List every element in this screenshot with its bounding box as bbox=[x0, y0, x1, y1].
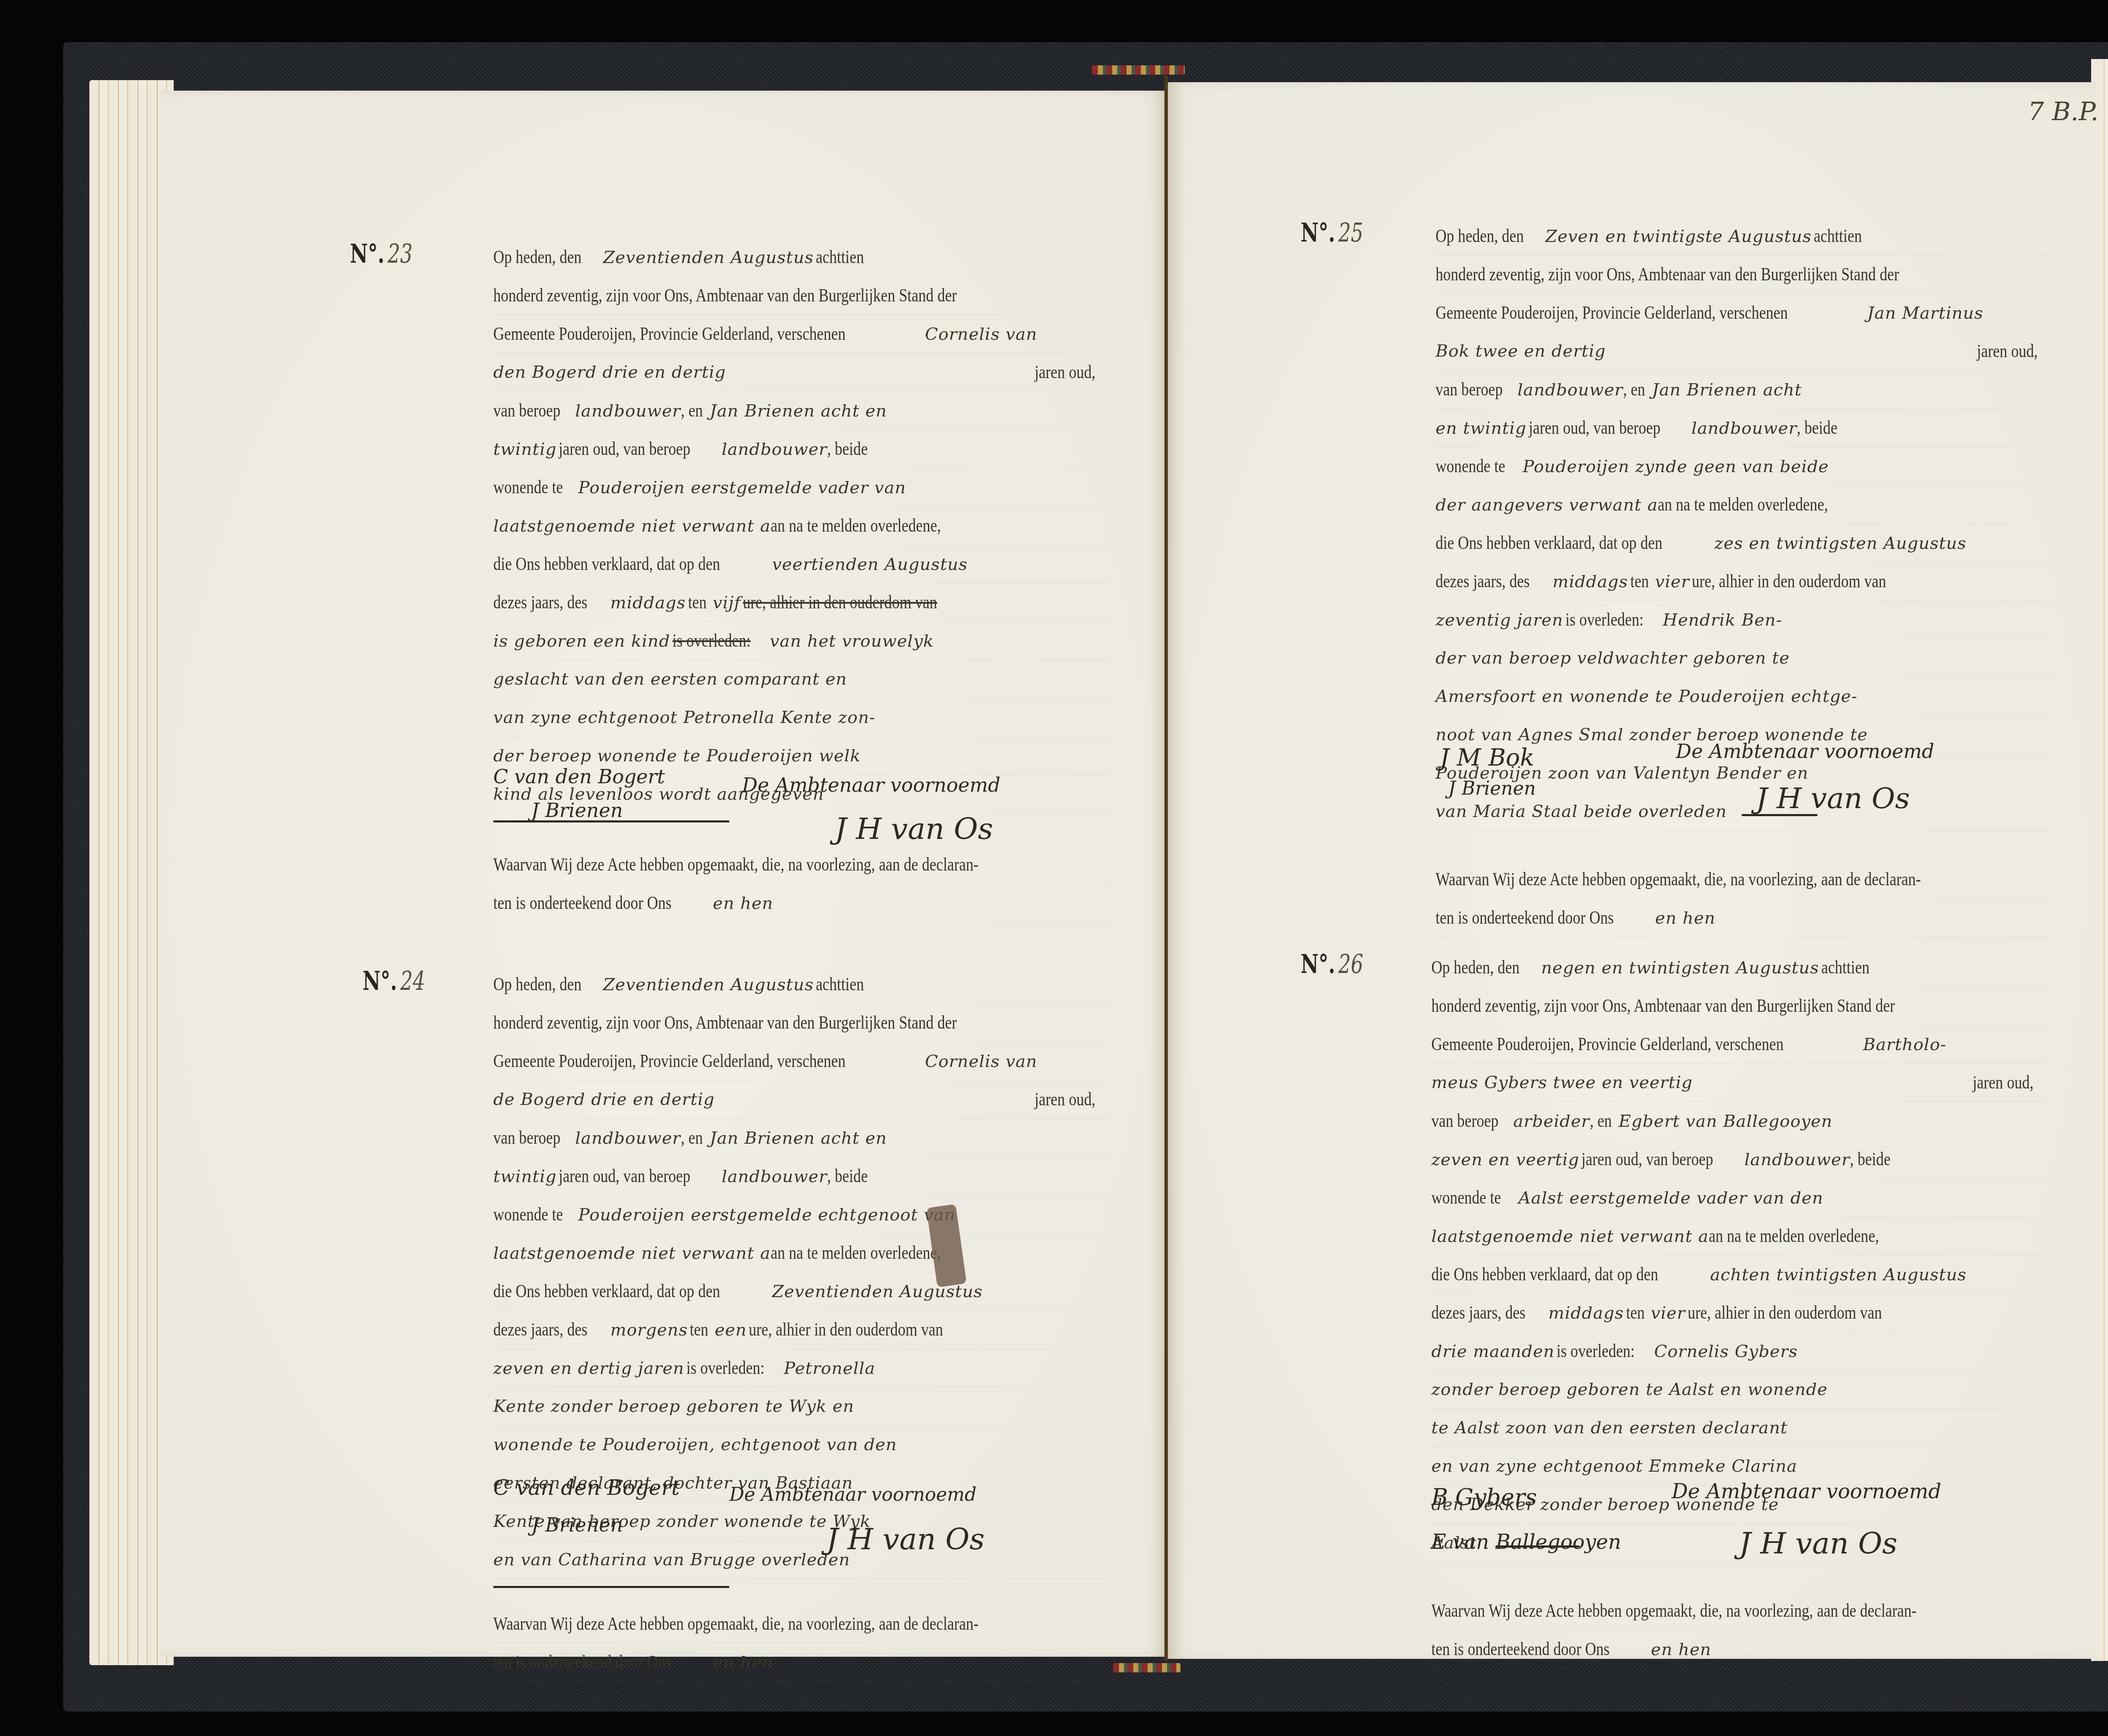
printed-text: honderd zeventig, zijn voor Ons, Ambtena… bbox=[1431, 987, 1895, 1025]
handwritten-entry: Jan Brienen acht en bbox=[710, 1129, 887, 1148]
printed-text: ure, alhier in den ouderdom van bbox=[1692, 562, 1886, 600]
printed-text: Op heden, den bbox=[493, 965, 581, 1003]
handwritten-entry: landbouwer bbox=[575, 1129, 681, 1148]
text-line: ten is onderteekend door Ons en hen bbox=[1436, 899, 2051, 937]
printed-text: 23 bbox=[387, 238, 412, 269]
printed-text: is overleden: bbox=[672, 622, 750, 660]
handwritten-entry: twintig bbox=[493, 440, 557, 459]
text-line: ten is onderteekend door Ons en hen bbox=[1431, 1630, 2047, 1669]
text-line: laatstgenoemde niet verwant aan na te me… bbox=[493, 507, 1109, 545]
act-number: N°.23 bbox=[350, 238, 413, 269]
text-line: twintig jaren oud, van beroep landbouwer… bbox=[493, 1157, 1109, 1196]
printed-text: ten is onderteekend door Ons bbox=[1431, 1630, 1610, 1668]
handwritten-entry: van Maria Staal beide overleden bbox=[1436, 802, 1727, 821]
handwritten-entry: arbeider bbox=[1513, 1112, 1589, 1131]
printed-text: die Ons hebben verklaard, dat op den bbox=[493, 1272, 720, 1310]
printed-text: jaren oud, van beroep bbox=[1529, 409, 1661, 447]
signature-declarant2: J Brienen bbox=[1448, 778, 1536, 799]
printed-text: , en bbox=[681, 1119, 703, 1157]
printed-text: Waarvan Wij deze Acte hebben opgemaakt, … bbox=[1431, 1592, 1917, 1630]
text-line: honderd zeventig, zijn voor Ons, Ambtena… bbox=[1431, 987, 2047, 1025]
text-line: dezes jaars, des middags ten vier ure, a… bbox=[1431, 1294, 2047, 1332]
handwritten-entry: Bok twee en dertig bbox=[1436, 341, 1606, 361]
act-number: N°.25 bbox=[1301, 217, 1363, 248]
act-number: N°.24 bbox=[363, 965, 425, 996]
printed-text: ten is onderteekend door Ons bbox=[493, 1643, 672, 1681]
handwritten-entry: middags bbox=[1553, 572, 1628, 591]
printed-text: ten bbox=[690, 1311, 708, 1349]
act-date: negen en twintigsten Augustus bbox=[1541, 958, 1819, 978]
signature-official: J H van Os bbox=[1739, 1526, 1898, 1561]
printed-text: Gemeente Pouderoijen, Provincie Gelderla… bbox=[1436, 294, 1788, 332]
handwritten-entry: de Bogerd drie en dertig bbox=[493, 1090, 715, 1109]
handwritten-entry: zonder beroep geboren te Aalst en wonend… bbox=[1431, 1380, 1828, 1399]
printed-text: N°. bbox=[1301, 217, 1335, 248]
text-line: Kente zonder beroep geboren te Wyk en bbox=[493, 1387, 1109, 1426]
signature-official: J H van Os bbox=[835, 812, 993, 846]
handwritten-entry: een bbox=[715, 1320, 747, 1340]
text-line: drie maanden is overleden: Cornelis Gybe… bbox=[1431, 1332, 2047, 1371]
handwritten-entry: wonende te Pouderoijen, echtgenoot van d… bbox=[493, 1435, 897, 1454]
printed-text: Op heden, den bbox=[493, 238, 581, 276]
printed-text: jaren oud, van beroep bbox=[559, 430, 691, 468]
handwritten-entry: middags bbox=[1549, 1303, 1624, 1323]
handwritten-entry: Cornelis van bbox=[925, 325, 1037, 344]
printed-text: Op heden, den bbox=[1431, 949, 1519, 986]
text-block: Op heden, den Zeventienden Augustus acht… bbox=[493, 965, 1109, 1682]
printed-text: honderd zeventig, zijn voor Ons, Ambtena… bbox=[1436, 255, 1899, 293]
printed-text: ten bbox=[1626, 1294, 1645, 1332]
printed-text: die Ons hebben verklaard, dat op den bbox=[1436, 524, 1662, 562]
printed-text: 24 bbox=[400, 965, 425, 996]
printed-text: ten bbox=[1630, 562, 1649, 600]
text-line: Waarvan Wij deze Acte hebben opgemaakt, … bbox=[1436, 860, 2051, 899]
printed-text: N°. bbox=[1301, 949, 1335, 979]
printed-text: dezes jaars, des bbox=[1436, 562, 1530, 600]
handwritten-entry: zes en twintigsten Augustus bbox=[1714, 534, 1966, 553]
handwritten-entry: meus Gybers twee en veertig bbox=[1431, 1073, 1693, 1092]
handwritten-entry: der aangevers verwant a bbox=[1436, 495, 1658, 515]
printed-text: N°. bbox=[350, 238, 384, 269]
text-line: Op heden, den Zeven en twintigste August… bbox=[1436, 217, 2051, 255]
printed-text: ten bbox=[688, 583, 707, 621]
printed-text: , en bbox=[681, 392, 703, 430]
printed-text: dezes jaars, des bbox=[493, 583, 587, 621]
printed-text: , beide bbox=[1797, 409, 1837, 447]
text-line: Op heden, den Zeventienden Augustus acht… bbox=[493, 965, 1109, 1004]
printed-text: is overleden: bbox=[686, 1349, 764, 1387]
printed-text: Op heden, den bbox=[1436, 217, 1524, 255]
printed-text: an na te melden overledene, bbox=[1658, 486, 1828, 524]
handwritten-entry: achten twintigsten Augustus bbox=[1710, 1265, 1966, 1285]
printed-text: 25 bbox=[1338, 217, 1363, 248]
text-line: dezes jaars, des morgens ten een ure, al… bbox=[493, 1311, 1109, 1349]
text-line: laatstgenoemde niet verwant aan na te me… bbox=[1431, 1217, 2047, 1255]
text-line: Amersfoort en wonende te Pouderoijen ech… bbox=[1436, 677, 2051, 716]
printed-text: die Ons hebben verklaard, dat op den bbox=[1431, 1255, 1658, 1293]
handwritten-entry: vier bbox=[1651, 1303, 1685, 1323]
text-line: Op heden, den Zeventienden Augustus acht… bbox=[493, 238, 1109, 277]
text-line: Waarvan Wij deze Acte hebben opgemaakt, … bbox=[1431, 1592, 2047, 1630]
printed-text: van beroep bbox=[493, 392, 560, 430]
signature-title: De Ambtenaar voornoemd bbox=[742, 774, 1000, 796]
printed-text: wonende te bbox=[1431, 1179, 1501, 1217]
text-line: en van Catharina van Brugge overleden bbox=[493, 1541, 1109, 1579]
printed-text: ure, alhier in den ouderdom van bbox=[749, 1311, 943, 1349]
handwritten-entry: zeven en dertig jaren bbox=[493, 1359, 684, 1378]
handwritten-entry: landbouwer bbox=[575, 401, 681, 421]
text-line: dezes jaars, des middags ten vier ure, a… bbox=[1436, 562, 2051, 601]
handwritten-entry: landbouwer bbox=[1517, 380, 1623, 400]
text-line: van beroeplandbouwer, en Jan Brienen ach… bbox=[493, 392, 1109, 430]
text-line: honderd zeventig, zijn voor Ons, Ambtena… bbox=[493, 1004, 1109, 1042]
handwritten-entry: morgens bbox=[610, 1320, 688, 1340]
text-block: Op heden, den Zeven en twintigste August… bbox=[1436, 217, 2051, 937]
printed-text: jaren oud, bbox=[1035, 1080, 1095, 1118]
signature-declarant1: C van den Bogert bbox=[493, 1475, 680, 1500]
handwritten-entry: en hen bbox=[713, 894, 773, 913]
signature-official: J H van Os bbox=[1756, 782, 1910, 815]
text-block: Waarvan Wij deze Acte hebben opgemaakt, … bbox=[493, 846, 1109, 922]
printed-text: an na te melden overledene, bbox=[771, 507, 941, 545]
handwritten-entry: drie maanden bbox=[1431, 1342, 1554, 1361]
printed-text: ure, alhier in den ouderdom van bbox=[743, 583, 937, 621]
handwritten-entry: en van zyne echtgenoot Emmeke Clarina bbox=[1431, 1457, 1797, 1476]
text-line: zeventig jaren is overleden: Hendrik Ben… bbox=[1436, 601, 2051, 639]
printed-text: jaren oud, bbox=[1977, 332, 2038, 370]
handwritten-entry: der beroep wonende te Pouderoijen welk bbox=[493, 746, 860, 766]
text-line: zonder beroep geboren te Aalst en wonend… bbox=[1431, 1371, 2047, 1409]
text-line: den Bogerd drie en dertig jaren oud, bbox=[493, 353, 1109, 392]
printed-text: achttien bbox=[1821, 949, 1869, 986]
handwritten-entry: Cornelis van bbox=[925, 1052, 1037, 1071]
handwritten-entry: geslacht van den eersten comparant en bbox=[493, 669, 847, 689]
signature-declarant2: E van Ballegooyen bbox=[1431, 1530, 1621, 1554]
text-line: zeven en dertig jaren is overleden: Petr… bbox=[493, 1349, 1109, 1387]
printed-text: wonende te bbox=[1436, 447, 1505, 485]
handwritten-entry: der van beroep veldwachter geboren te bbox=[1436, 648, 1790, 668]
handwritten-entry: zeven en veertig bbox=[1431, 1150, 1579, 1169]
signature-title: De Ambtenaar voornoemd bbox=[1676, 740, 1934, 763]
handwritten-entry: twintig bbox=[493, 1167, 557, 1186]
text-line: van beroeplandbouwer, en Jan Brienen ach… bbox=[493, 1119, 1109, 1157]
printed-text: jaren oud, bbox=[1973, 1064, 2033, 1102]
text-line: is geboren een kind is overleden: van he… bbox=[493, 622, 1109, 660]
printed-text: van beroep bbox=[1431, 1102, 1498, 1140]
text-line: de Bogerd drie en dertig jaren oud, bbox=[493, 1080, 1109, 1119]
printed-text: Gemeente Pouderoijen, Provincie Gelderla… bbox=[1431, 1025, 1784, 1063]
text-line: Gemeente Pouderoijen, Provincie Gelderla… bbox=[493, 1042, 1109, 1080]
handwritten-entry: en hen bbox=[713, 1653, 773, 1672]
text-line: Waarvan Wij deze Acte hebben opgemaakt, … bbox=[493, 1605, 1109, 1643]
printed-text: van beroep bbox=[1436, 371, 1503, 408]
text-line: ten is onderteekend door Ons en hen bbox=[493, 1643, 1109, 1682]
printed-text: is overleden: bbox=[1557, 1332, 1635, 1370]
handwritten-entry: landbouwer bbox=[1691, 419, 1797, 438]
text-line: twintig jaren oud, van beroep landbouwer… bbox=[493, 430, 1109, 468]
handwritten-entry: en twintig bbox=[1436, 419, 1527, 438]
headband-bottom bbox=[1113, 1663, 1180, 1672]
signature-declarant2: J Brienen bbox=[531, 799, 623, 822]
handwritten-entry: Jan Brienen acht bbox=[1652, 380, 1801, 400]
text-line: Waarvan Wij deze Acte hebben opgemaakt, … bbox=[493, 846, 1109, 884]
printed-text: Waarvan Wij deze Acte hebben opgemaakt, … bbox=[493, 1605, 979, 1643]
handwritten-entry: Pouderoijen eerstgemelde vader van bbox=[578, 478, 906, 497]
printed-text: jaren oud, van beroep bbox=[559, 1157, 691, 1195]
printed-text: , en bbox=[1590, 1102, 1612, 1140]
printed-text: dezes jaars, des bbox=[493, 1311, 587, 1349]
text-line: die Ons hebben verklaard, dat op den zes… bbox=[1436, 524, 2051, 562]
handwritten-entry: Aalst eerstgemelde vader van den bbox=[1519, 1188, 1823, 1208]
text-line: ten is onderteekend door Ons en hen bbox=[493, 884, 1109, 922]
printed-text: dezes jaars, des bbox=[1431, 1294, 1525, 1332]
handwritten-entry: laatstgenoemde niet verwant a bbox=[493, 1244, 771, 1263]
printed-text: honderd zeventig, zijn voor Ons, Ambtena… bbox=[493, 277, 957, 314]
printed-text: ten is onderteekend door Ons bbox=[493, 884, 672, 922]
printed-text: Waarvan Wij deze Acte hebben opgemaakt, … bbox=[1436, 860, 1921, 898]
handwritten-entry: landbouwer bbox=[722, 1167, 828, 1186]
printed-text: ten is onderteekend door Ons bbox=[1436, 899, 1614, 937]
text-line: der aangevers verwant aan na te melden o… bbox=[1436, 486, 2051, 524]
printed-text: van beroep bbox=[493, 1119, 560, 1157]
handwritten-entry: van het vrouwelyk bbox=[770, 632, 934, 651]
handwritten-entry: vier bbox=[1655, 572, 1689, 591]
handwritten-entry: Jan Martinus bbox=[1867, 304, 1983, 323]
printed-text: an na te melden overledene, bbox=[771, 1234, 941, 1272]
signature-declarant1: J M Bok bbox=[1440, 744, 1534, 771]
printed-text: wonende te bbox=[493, 1196, 563, 1233]
text-line: te Aalst zoon van den eersten declarant bbox=[1431, 1409, 2047, 1447]
printed-text: jaren oud, bbox=[1035, 353, 1095, 391]
text-line: wonende tePouderoijen eerstgemelde vader… bbox=[493, 468, 1109, 507]
act-date: Zeventienden Augustus bbox=[603, 248, 813, 267]
handwritten-entry: laatstgenoemde niet verwant a bbox=[1431, 1227, 1709, 1246]
text-line: Bok twee en dertig jaren oud, bbox=[1436, 332, 2051, 371]
text-line: dezes jaars, des middags ten vijf ure, a… bbox=[493, 583, 1109, 622]
text-line: van beroeplandbouwer, en Jan Brienen ach… bbox=[1436, 371, 2051, 409]
handwritten-entry: middags bbox=[610, 593, 686, 613]
handwritten-entry: is geboren een kind bbox=[493, 632, 670, 651]
handwritten-entry: Bartholo- bbox=[1863, 1035, 1947, 1054]
deceased-name: Cornelis Gybers bbox=[1654, 1342, 1798, 1361]
signature-title: De Ambtenaar voornoemd bbox=[1672, 1480, 1941, 1503]
handwritten-entry: Pouderoijen zynde geen van beide bbox=[1523, 457, 1829, 476]
printed-text: , beide bbox=[827, 1157, 868, 1195]
printed-text: , beide bbox=[1850, 1140, 1890, 1178]
printed-text: honderd zeventig, zijn voor Ons, Ambtena… bbox=[493, 1004, 957, 1042]
handwritten-entry: Pouderoijen eerstgemelde echtgenoot van bbox=[578, 1205, 956, 1225]
handwritten-entry: Jan Brienen acht en bbox=[710, 401, 887, 421]
act-date: Zeven en twintigste Augustus bbox=[1545, 227, 1812, 246]
handwritten-entry: zeventig jaren bbox=[1436, 610, 1563, 630]
printed-text: achttien bbox=[1814, 217, 1862, 255]
printed-text: jaren oud, van beroep bbox=[1581, 1140, 1713, 1178]
printed-text: Gemeente Pouderoijen, Provincie Gelderla… bbox=[493, 315, 846, 353]
signature-declarant2: J Brienen bbox=[531, 1513, 623, 1536]
text-line: die Ons hebben verklaard, dat op den ach… bbox=[1431, 1255, 2047, 1294]
declarant1: den Bogerd drie en dertig bbox=[493, 363, 726, 382]
text-line: Op heden, den negen en twintigsten Augus… bbox=[1431, 949, 2047, 987]
handwritten-entry: laatstgenoemde niet verwant a bbox=[493, 516, 771, 536]
text-line: van beroeparbeider, en Egbert van Balleg… bbox=[1431, 1102, 2047, 1140]
text-block: Waarvan Wij deze Acte hebben opgemaakt, … bbox=[1436, 860, 2051, 937]
text-line: geslacht van den eersten comparant en bbox=[493, 660, 1109, 699]
signature-declarant1: B Gybers bbox=[1431, 1484, 1537, 1510]
text-line: Gemeente Pouderoijen, Provincie Gelderla… bbox=[493, 315, 1109, 353]
handwritten-entry: Kente zonder beroep geboren te Wyk en bbox=[493, 1397, 854, 1416]
printed-text: N°. bbox=[363, 965, 397, 996]
deceased-name: Hendrik Ben- bbox=[1663, 610, 1782, 630]
text-line: wonende te Aalst eerstgemelde vader van … bbox=[1431, 1179, 2047, 1217]
printed-text: ure, alhier in den ouderdom van bbox=[1688, 1294, 1882, 1332]
text-line: wonende te Pouderoijen, echtgenoot van d… bbox=[493, 1426, 1109, 1464]
text-line: meus Gybers twee en veertig jaren oud, bbox=[1431, 1064, 2047, 1102]
printed-text: Waarvan Wij deze Acte hebben opgemaakt, … bbox=[493, 846, 979, 884]
act-number: N°.26 bbox=[1301, 949, 1363, 979]
signature-official: J H van Os bbox=[826, 1522, 985, 1556]
text-line: zeven en veertig jaren oud, van beroep l… bbox=[1431, 1140, 2047, 1179]
printed-text: is overleden: bbox=[1565, 601, 1643, 639]
text-line: die Ons hebben verklaard, dat op den vee… bbox=[493, 545, 1109, 583]
handwritten-entry: te Aalst zoon van den eersten declarant bbox=[1431, 1418, 1788, 1438]
printed-text: achttien bbox=[816, 238, 864, 276]
text-line: wonende tePouderoijen eerstgemelde echtg… bbox=[493, 1196, 1109, 1234]
text-line: en twintig jaren oud, van beroep landbou… bbox=[1436, 409, 2051, 447]
page-corner-mark: 7 B.P. bbox=[2028, 97, 2099, 126]
handwritten-entry: van zyne echtgenoot Petronella Kente zon… bbox=[493, 708, 875, 727]
handwritten-entry: en hen bbox=[1651, 1640, 1711, 1659]
printed-text: Gemeente Pouderoijen, Provincie Gelderla… bbox=[493, 1042, 846, 1080]
handwritten-entry: Egbert van Ballegooyen bbox=[1619, 1112, 1832, 1131]
printed-text: , en bbox=[1623, 371, 1645, 408]
book-gutter bbox=[1164, 76, 1168, 1661]
text-line: die Ons hebben verklaard, dat op den Zev… bbox=[493, 1272, 1109, 1311]
handwritten-entry: landbouwer bbox=[722, 440, 828, 459]
headband-top bbox=[1092, 65, 1185, 75]
text-line: wonende te Pouderoijen zynde geen van be… bbox=[1436, 447, 2051, 486]
handwritten-entry: Amersfoort en wonende te Pouderoijen ech… bbox=[1436, 687, 1858, 706]
printed-text: 26 bbox=[1338, 949, 1363, 979]
deceased-name: Petronella bbox=[784, 1359, 875, 1378]
signature-title: De Ambtenaar voornoemd bbox=[729, 1484, 976, 1505]
death-date: veertienden Augustus bbox=[772, 555, 968, 574]
text-line: Gemeente Pouderoijen, Provincie Gelderla… bbox=[1436, 294, 2051, 332]
text-line: laatstgenoemde niet verwant aan na te me… bbox=[493, 1234, 1109, 1272]
text-block: Waarvan Wij deze Acte hebben opgemaakt, … bbox=[493, 1605, 1109, 1682]
handwritten-entry: en hen bbox=[1655, 908, 1715, 928]
printed-text: , beide bbox=[827, 430, 868, 468]
printed-text: achttien bbox=[816, 965, 864, 1003]
handwritten-entry: vijf bbox=[713, 593, 741, 613]
printed-text: an na te melden overledene, bbox=[1709, 1217, 1879, 1255]
text-line: Gemeente Pouderoijen, Provincie Gelderla… bbox=[1431, 1025, 2047, 1064]
signature-declarant1: C van den Bogert bbox=[493, 765, 665, 788]
act-date: Zeventienden Augustus bbox=[603, 975, 813, 994]
text-line: van zyne echtgenoot Petronella Kente zon… bbox=[493, 699, 1109, 737]
closing-rule bbox=[493, 1586, 729, 1588]
text-line: der van beroep veldwachter geboren te bbox=[1436, 639, 2051, 677]
text-line: honderd zeventig, zijn voor Ons, Ambtena… bbox=[1436, 255, 2051, 294]
text-line: honderd zeventig, zijn voor Ons, Ambtena… bbox=[493, 277, 1109, 315]
printed-text: wonende te bbox=[493, 468, 563, 506]
handwritten-entry: landbouwer bbox=[1745, 1150, 1850, 1169]
printed-text: die Ons hebben verklaard, dat op den bbox=[493, 545, 720, 583]
text-block: Waarvan Wij deze Acte hebben opgemaakt, … bbox=[1431, 1592, 2047, 1669]
handwritten-entry: en van Catharina van Brugge overleden bbox=[493, 1550, 850, 1569]
